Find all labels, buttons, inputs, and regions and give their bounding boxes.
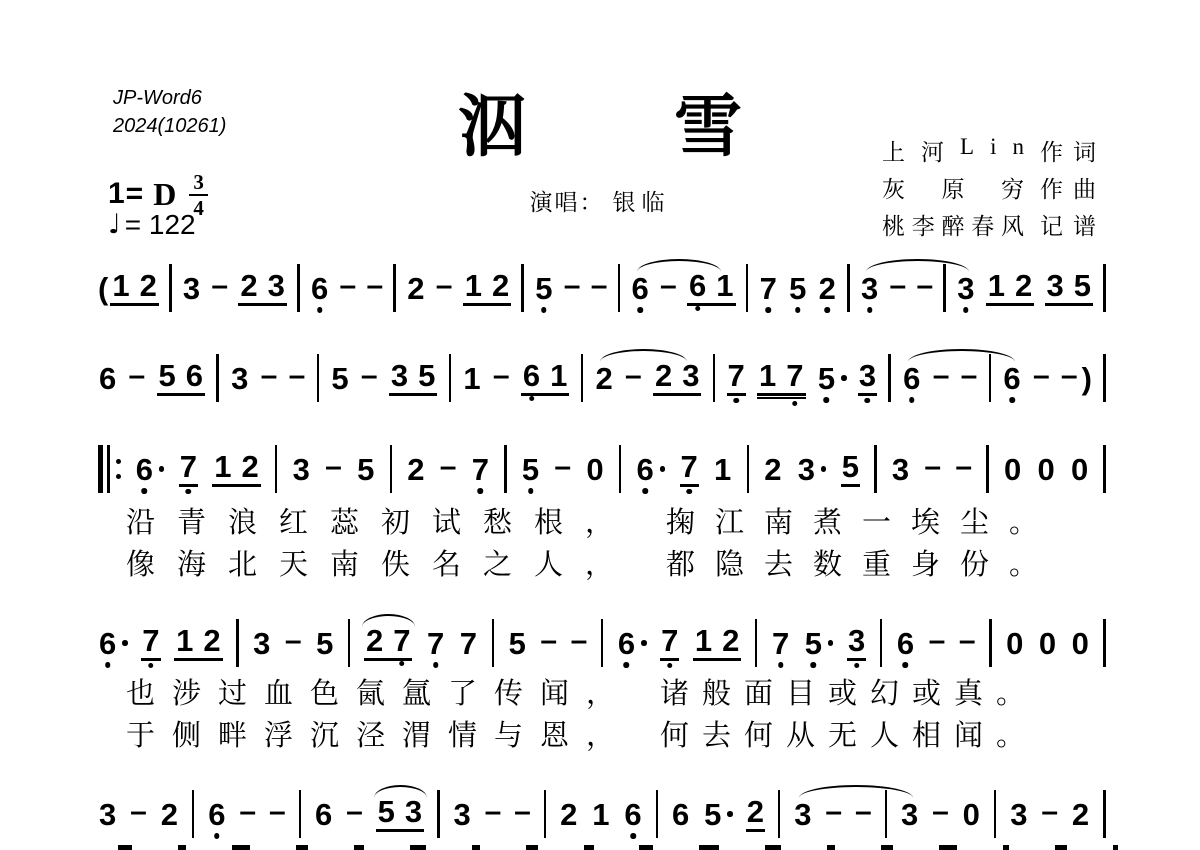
sheet-page: JP-Word6 2024(10261) 泅 雪 演唱：银临 上河Lin 作词 …: [0, 0, 1200, 850]
barline: [1103, 790, 1106, 838]
duration-dash: –: [211, 271, 228, 301]
note: 3: [793, 799, 812, 830]
repeat-sign: [98, 445, 121, 493]
duration-dash: –: [889, 271, 906, 301]
lyrics-phrase: 像海北天南佚名之人，: [126, 549, 636, 581]
barline: [880, 619, 883, 667]
barline: [492, 619, 495, 667]
duration-dash: –: [825, 797, 842, 827]
barline: [619, 445, 622, 493]
duration-dash: –: [514, 797, 531, 827]
note: 6: [98, 363, 117, 394]
performer-label: 演唱：: [530, 190, 605, 215]
note: 2: [241, 451, 258, 482]
octave-dot-below: [811, 662, 817, 668]
music-line-3: 67123–52–75–06712353––000: [98, 445, 1106, 501]
key-prefix: 1=: [108, 177, 144, 211]
octave-dot-below: [478, 488, 484, 494]
note: 5: [817, 363, 836, 394]
beam-group: 12: [110, 270, 159, 306]
octave-dot-below: [733, 398, 739, 404]
note: 1: [988, 270, 1005, 301]
beam-group: 12: [463, 270, 512, 306]
note: 7: [141, 625, 160, 661]
lyrics-phrase: 于侧畔浮沉泾渭情与恩，: [126, 720, 632, 752]
beam-group: 61: [521, 360, 570, 396]
note: 1: [214, 451, 231, 482]
octave-dot-below: [867, 307, 873, 313]
note: 6: [523, 360, 540, 391]
duration-dash: –: [1041, 797, 1058, 827]
note: 2: [746, 796, 765, 832]
lyrics-phrase: 掬江南煮一埃尘。: [666, 507, 1058, 539]
duration-dash: –: [924, 452, 941, 482]
note: 1: [759, 360, 776, 391]
note: 7: [771, 628, 790, 659]
quarter-note-icon: ♩: [108, 209, 121, 240]
note: 1: [462, 363, 481, 394]
octave-dot-below: [142, 488, 148, 494]
lyrics-line-4: 于侧畔浮沉泾渭情与恩，何去何从无人相闻。: [126, 713, 1038, 754]
note: 2: [1071, 799, 1090, 830]
barline: [504, 445, 507, 493]
note: 5: [356, 454, 375, 485]
barline: [874, 445, 877, 493]
barline: [989, 619, 992, 667]
tie-arc: [799, 785, 914, 798]
barline: [521, 264, 524, 312]
duration-dash: –: [440, 452, 457, 482]
octave-dot-below: [667, 663, 673, 669]
note: 6: [671, 799, 690, 830]
note: 2: [763, 454, 782, 485]
duration-dash: –: [261, 361, 278, 391]
beam-group: 17: [757, 360, 806, 396]
note: 3: [292, 454, 311, 485]
note: 6: [636, 454, 655, 485]
credit-row-lyricist: 上河Lin 作词: [882, 134, 1096, 171]
note: 7: [660, 625, 679, 661]
duration-dash: –: [916, 271, 933, 301]
note: 3: [252, 628, 271, 659]
note: 3: [900, 799, 919, 830]
lyricist-name: 上河Lin: [882, 134, 1024, 167]
note: 2: [655, 360, 672, 391]
barline: [618, 264, 621, 312]
note: 6: [186, 360, 203, 391]
note: 7: [426, 628, 445, 659]
lyrics-phrase: 诸般面目或幻或真。: [660, 678, 1038, 710]
rest-note: 0: [1071, 628, 1090, 659]
duration-dash: –: [339, 271, 356, 301]
tie-arc: [866, 259, 970, 272]
duration-dash: –: [485, 797, 502, 827]
barline: [986, 445, 989, 493]
barline: [1103, 445, 1106, 493]
lyrics-line-1: 沿青浪红蕊初试愁根，掬江南煮一埃尘。: [126, 500, 1058, 541]
note: 6: [1002, 363, 1021, 394]
note: 2: [203, 625, 220, 656]
duration-dash: –: [493, 361, 510, 391]
octave-dot-below: [148, 663, 154, 669]
barline: [1103, 354, 1106, 402]
note: 1: [716, 270, 733, 301]
duration-dash: –: [366, 271, 383, 301]
duration-dash: –: [129, 361, 146, 391]
note: 1: [713, 454, 732, 485]
note: 6: [896, 628, 915, 659]
duration-dash: –: [285, 626, 302, 656]
barline: [656, 790, 659, 838]
note: 2: [594, 363, 613, 394]
beam-group: 23: [653, 360, 702, 396]
barline: [393, 264, 396, 312]
duration-dash: –: [540, 626, 557, 656]
note: 5: [841, 451, 860, 487]
octave-dot-below: [792, 401, 798, 407]
note: 6: [623, 799, 642, 830]
tie-arc: [600, 349, 688, 362]
note: 2: [240, 270, 257, 301]
octave-dot-below: [529, 396, 535, 402]
barline: [169, 264, 172, 312]
note: 5: [330, 363, 349, 394]
octave-dot-below: [778, 662, 784, 668]
composer-name: 灰原穷: [882, 171, 1024, 204]
clipped-next-line: [118, 845, 1118, 850]
note: 3: [98, 799, 117, 830]
transcriber-role: 记谱: [1040, 208, 1096, 241]
note: 7: [459, 628, 478, 659]
duration-dash: –: [932, 797, 949, 827]
lyrics-phrase: 都隐去数重身份。: [666, 549, 1058, 581]
barline: [390, 445, 393, 493]
note: 1: [112, 270, 129, 301]
note: 6: [207, 799, 226, 830]
barline: [778, 790, 781, 838]
duration-dash: –: [269, 797, 286, 827]
note: 3: [682, 360, 699, 391]
octave-dot-below: [642, 488, 648, 494]
augmentation-dot: [727, 811, 733, 817]
beam-group: 56: [157, 360, 206, 396]
octave-dot-below: [528, 488, 534, 494]
octave-dot-below: [624, 662, 630, 668]
barline: [1103, 264, 1106, 312]
note: 2: [406, 273, 425, 304]
duration-dash: –: [325, 452, 342, 482]
note: 3: [182, 273, 201, 304]
barline: [437, 790, 440, 838]
duration-dash: –: [855, 797, 872, 827]
note: 7: [393, 625, 410, 656]
octave-dot-below: [637, 307, 643, 313]
note: 6: [314, 799, 333, 830]
barline: [994, 790, 997, 838]
lyrics-phrase: 何去何从无人相闻。: [660, 720, 1038, 752]
lyrics-phrase: 也涉过血色氤氲了传闻，: [126, 678, 632, 710]
note: 3: [891, 454, 910, 485]
song-title-char1: 泅: [458, 92, 526, 163]
barline: [297, 264, 300, 312]
note: 6: [902, 363, 921, 394]
note: 5: [378, 796, 395, 827]
augmentation-dot: [828, 640, 834, 646]
note: 3: [268, 270, 285, 301]
barline: [746, 264, 749, 312]
rest-note: 0: [962, 799, 981, 830]
duration-dash: –: [959, 626, 976, 656]
beam-group: 12: [174, 625, 223, 661]
barline: [581, 354, 584, 402]
augmentation-dot: [159, 466, 165, 472]
open-paren: (: [98, 273, 108, 304]
octave-dot-below: [317, 307, 323, 313]
octave-dot-below: [186, 489, 192, 495]
composer-role: 作曲: [1040, 171, 1096, 204]
note: 3: [405, 796, 422, 827]
duration-dash: –: [571, 626, 588, 656]
augmentation-dot: [660, 466, 666, 472]
music-line-1: (123–236––2–125––6–617523––31235: [98, 264, 1106, 320]
barline: [847, 264, 850, 312]
lyrics-line-3: 也涉过血色氤氲了传闻，诸般面目或幻或真。: [126, 671, 1038, 712]
note: 5: [703, 799, 722, 830]
barline: [192, 790, 195, 838]
note: 6: [310, 273, 329, 304]
note: 5: [788, 273, 807, 304]
note: 1: [465, 270, 482, 301]
barline: [275, 445, 278, 493]
note: 5: [508, 628, 527, 659]
octave-dot-below: [1009, 397, 1015, 403]
barline: [236, 619, 239, 667]
beam-group: 12: [986, 270, 1035, 306]
octave-dot-below: [825, 307, 831, 313]
note: 5: [521, 454, 540, 485]
note: 5: [804, 628, 823, 659]
duration-dash: –: [1061, 361, 1078, 391]
barline: [449, 354, 452, 402]
note: 1: [550, 360, 567, 391]
beam-group: 12: [693, 625, 742, 661]
octave-dot-below: [686, 489, 692, 495]
octave-dot-below: [399, 661, 405, 667]
barline: [544, 790, 547, 838]
octave-dot-below: [865, 398, 871, 404]
duration-dash: –: [130, 797, 147, 827]
beam-group: 23: [238, 270, 287, 306]
lyrics-phrase: 沿青浪红蕊初试愁根，: [126, 507, 636, 539]
barline: [888, 354, 891, 402]
note: 5: [159, 360, 176, 391]
note: 3: [956, 273, 975, 304]
beam-group: 27: [364, 625, 413, 661]
note: 2: [140, 270, 157, 301]
rest-note: 0: [1003, 454, 1022, 485]
rest-note: 0: [1005, 628, 1024, 659]
lyrics-line-2: 像海北天南佚名之人，都隐去数重身份。: [126, 542, 1058, 583]
duration-dash: –: [955, 452, 972, 482]
note: 3: [452, 799, 471, 830]
octave-dot-below: [765, 307, 771, 313]
note: 5: [534, 273, 553, 304]
note: 3: [391, 360, 408, 391]
barline: [299, 790, 302, 838]
music-line-5: 3–26––6–533––2166523––3–03–2: [98, 790, 1106, 846]
note: 6: [617, 628, 636, 659]
barline: [348, 619, 351, 667]
duration-dash: –: [625, 361, 642, 391]
barline: [747, 445, 750, 493]
key-letter: D: [153, 176, 176, 213]
note: 6: [631, 273, 650, 304]
duration-dash: –: [239, 797, 256, 827]
tie-arc: [637, 259, 722, 272]
augmentation-dot: [821, 466, 827, 472]
rest-note: 0: [585, 454, 604, 485]
note: 7: [727, 360, 746, 396]
octave-dot-below: [903, 662, 909, 668]
note: 7: [680, 451, 699, 487]
credit-row-composer: 灰原穷 作曲: [882, 171, 1096, 208]
note: 7: [786, 360, 803, 391]
note: 7: [179, 451, 198, 487]
tie-arc: [362, 614, 415, 627]
note: 7: [759, 273, 778, 304]
barline: [713, 354, 716, 402]
duration-dash: –: [591, 271, 608, 301]
duration-dash: –: [289, 361, 306, 391]
note: 2: [818, 273, 837, 304]
note: 2: [366, 625, 383, 656]
note: 2: [559, 799, 578, 830]
note: 3: [797, 454, 816, 485]
credit-row-transcriber: 桃李醉春风 记谱: [882, 208, 1096, 245]
rest-note: 0: [1036, 454, 1055, 485]
music-line-2: 6–563––5–351–612–23717536––6––): [98, 354, 1106, 410]
performer-name: 银临: [613, 190, 671, 215]
beam-group: 35: [1045, 270, 1094, 306]
octave-dot-below: [963, 307, 969, 313]
tie-arc: [374, 785, 427, 798]
transcriber-name: 桃李醉春风: [882, 208, 1024, 241]
note: 3: [1009, 799, 1028, 830]
barline: [1103, 619, 1106, 667]
beam-group: 35: [389, 360, 438, 396]
music-line-4: 67123–527775––67127536––000: [98, 619, 1106, 675]
duration-dash: –: [660, 271, 677, 301]
octave-dot-below: [824, 397, 830, 403]
close-paren: ): [1082, 363, 1092, 394]
augmentation-dot: [841, 375, 847, 381]
note: 3: [230, 363, 249, 394]
barline: [317, 354, 320, 402]
note: 3: [847, 625, 866, 661]
octave-dot-below: [909, 397, 915, 403]
octave-dot-below: [795, 307, 801, 313]
octave-dot-below: [433, 662, 439, 668]
note: 3: [860, 273, 879, 304]
beam-group: 61: [687, 270, 736, 306]
note: 7: [471, 454, 490, 485]
duration-dash: –: [933, 361, 950, 391]
note: 2: [406, 454, 425, 485]
beam-group: 53: [376, 796, 425, 832]
barline: [755, 619, 758, 667]
note: 6: [135, 454, 154, 485]
note: 3: [858, 360, 877, 396]
note: 2: [1015, 270, 1032, 301]
duration-dash: –: [564, 271, 581, 301]
octave-dot-below: [214, 833, 220, 839]
note: 2: [160, 799, 179, 830]
barline: [601, 619, 604, 667]
song-title-char2: 雪: [674, 92, 742, 163]
duration-dash: –: [1033, 361, 1050, 391]
note: 6: [689, 270, 706, 301]
duration-dash: –: [436, 271, 453, 301]
note: 5: [418, 360, 435, 391]
duration-dash: –: [929, 626, 946, 656]
octave-dot-below: [630, 833, 636, 839]
time-signature-numerator: 3: [189, 171, 208, 196]
note: 1: [591, 799, 610, 830]
duration-dash: –: [346, 797, 363, 827]
barline: [216, 354, 219, 402]
note: 5: [1074, 270, 1091, 301]
octave-dot-below: [541, 307, 547, 313]
octave-dot-below: [695, 306, 701, 312]
note: 2: [722, 625, 739, 656]
duration-dash: –: [554, 452, 571, 482]
note: 2: [492, 270, 509, 301]
duration-dash: –: [961, 361, 978, 391]
note: 3: [1047, 270, 1064, 301]
lyricist-role: 作词: [1040, 134, 1096, 167]
octave-dot-below: [854, 663, 860, 669]
note: 5: [315, 628, 334, 659]
octave-dot-below: [105, 662, 111, 668]
credits-block: 上河Lin 作词 灰原穷 作曲 桃李醉春风 记谱: [882, 134, 1096, 245]
augmentation-dot: [122, 640, 128, 646]
note: 6: [98, 628, 117, 659]
augmentation-dot: [641, 640, 647, 646]
note: 1: [176, 625, 193, 656]
note: 1: [695, 625, 712, 656]
rest-note: 0: [1038, 628, 1057, 659]
rest-note: 0: [1070, 454, 1089, 485]
tie-arc: [908, 349, 1016, 362]
beam-group: 12: [212, 451, 261, 487]
tempo-marking: ♩ = 122: [108, 209, 196, 241]
duration-dash: –: [361, 361, 378, 391]
tempo-value: = 122: [125, 209, 196, 241]
